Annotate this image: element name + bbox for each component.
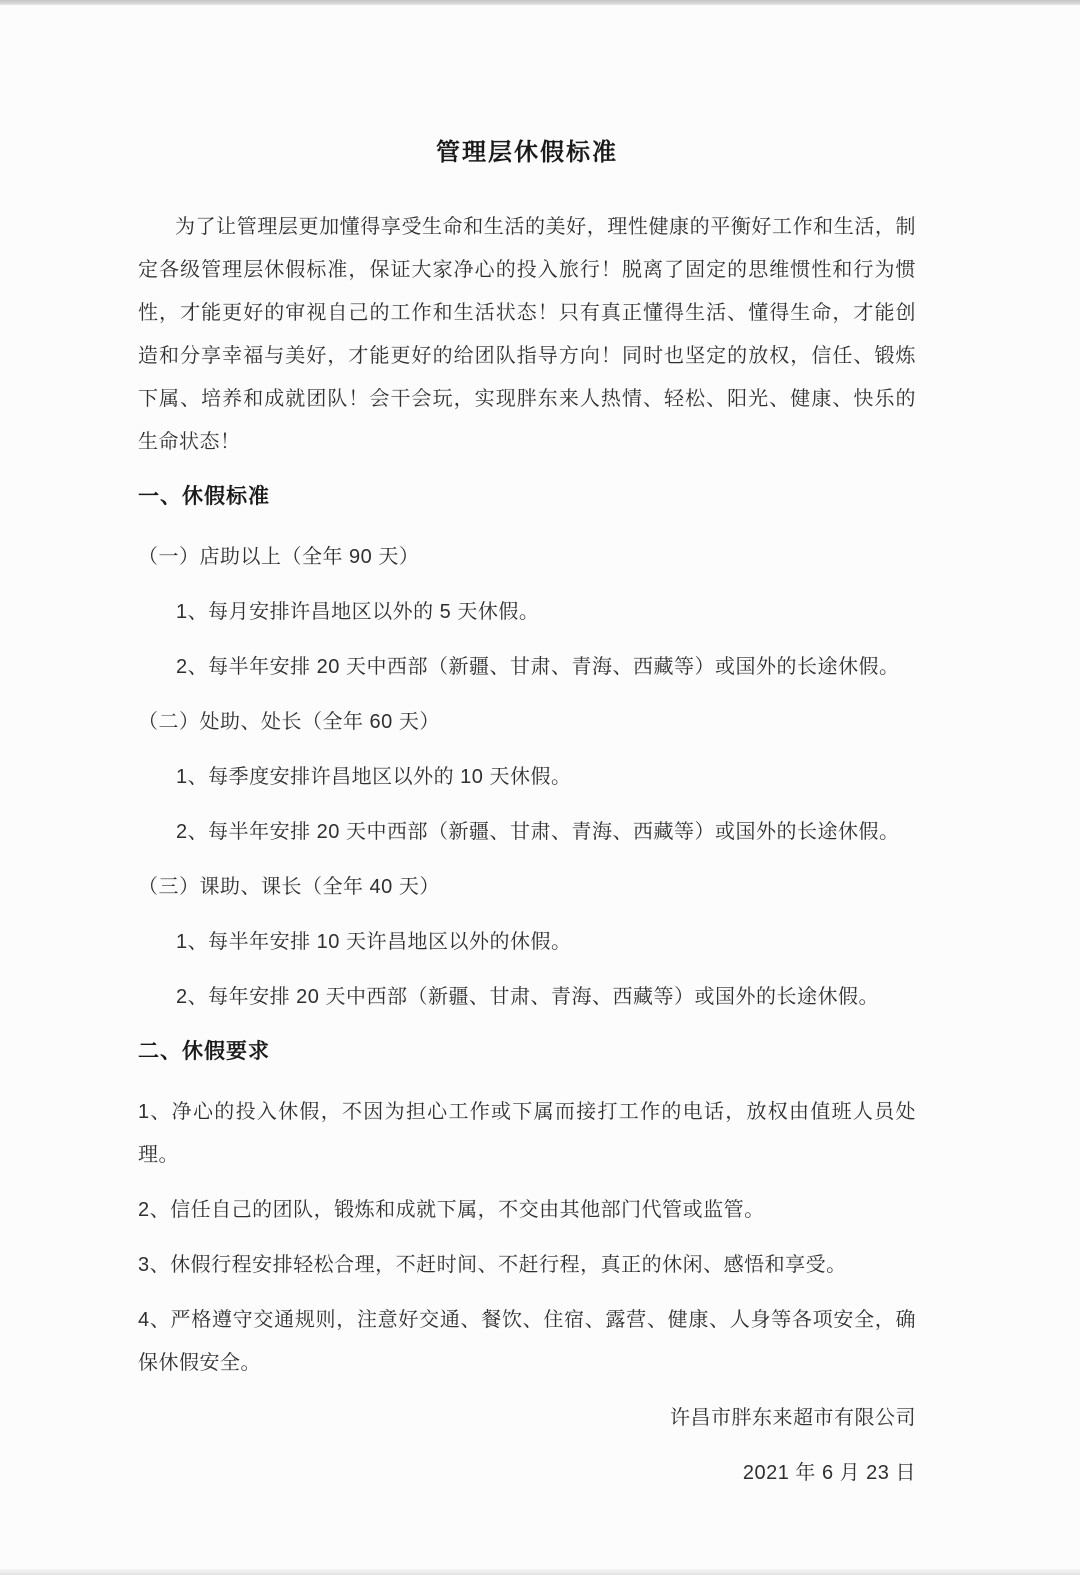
scan-edge-bottom bbox=[0, 1569, 1080, 1575]
requirement-item-3: 3、休假行程安排轻松合理，不赶时间、不赶行程，真正的休闲、感悟和享受。 bbox=[138, 1244, 916, 1287]
document-content: 管理层休假标准 为了让管理层更加懂得享受生命和生活的美好，理性健康的平衡好工作和… bbox=[138, 0, 916, 1507]
signature-block: 许昌市胖东来超市有限公司 2021 年 6 月 23 日 bbox=[138, 1397, 916, 1495]
group-3-item-2: 2、每年安排 20 天中西部（新疆、甘肃、青海、西藏等）或国外的长途休假。 bbox=[138, 976, 916, 1019]
document-title: 管理层休假标准 bbox=[138, 136, 916, 170]
document-date: 2021 年 6 月 23 日 bbox=[138, 1452, 916, 1495]
group-1-item-2: 2、每半年安排 20 天中西部（新疆、甘肃、青海、西藏等）或国外的长途休假。 bbox=[138, 646, 916, 689]
group-2-item-2: 2、每半年安排 20 天中西部（新疆、甘肃、青海、西藏等）或国外的长途休假。 bbox=[138, 811, 916, 854]
section-1-heading: 一、休假标准 bbox=[138, 482, 916, 512]
group-3-label: （三）课助、课长（全年 40 天） bbox=[138, 866, 916, 909]
group-1-item-1: 1、每月安排许昌地区以外的 5 天休假。 bbox=[138, 591, 916, 634]
requirement-item-4: 4、严格遵守交通规则，注意好交通、餐饮、住宿、露营、健康、人身等各项安全，确保休… bbox=[138, 1299, 916, 1385]
group-1-label: （一）店助以上（全年 90 天） bbox=[138, 536, 916, 579]
intro-paragraph: 为了让管理层更加懂得享受生命和生活的美好，理性健康的平衡好工作和生活，制定各级管… bbox=[138, 206, 916, 464]
company-name: 许昌市胖东来超市有限公司 bbox=[138, 1397, 916, 1440]
scanned-document-page: 管理层休假标准 为了让管理层更加懂得享受生命和生活的美好，理性健康的平衡好工作和… bbox=[0, 0, 1080, 1575]
group-3-item-1: 1、每半年安排 10 天许昌地区以外的休假。 bbox=[138, 921, 916, 964]
requirement-item-1: 1、净心的投入休假，不因为担心工作或下属而接打工作的电话，放权由值班人员处理。 bbox=[138, 1091, 916, 1177]
group-2-label: （二）处助、处长（全年 60 天） bbox=[138, 701, 916, 744]
section-2-heading: 二、休假要求 bbox=[138, 1037, 916, 1067]
requirement-item-2: 2、信任自己的团队，锻炼和成就下属，不交由其他部门代管或监管。 bbox=[138, 1189, 916, 1232]
group-2-item-1: 1、每季度安排许昌地区以外的 10 天休假。 bbox=[138, 756, 916, 799]
